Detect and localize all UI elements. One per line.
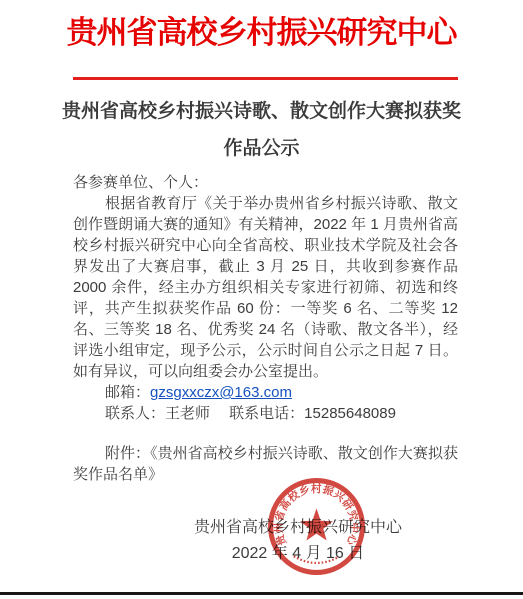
letterhead-divider	[73, 77, 458, 80]
email-link[interactable]: gzsgxxczx@163.com	[150, 384, 292, 401]
signature-org: 贵州省高校乡村振兴研究中心	[168, 515, 428, 541]
document-title-line1: 贵州省高校乡村振兴诗歌、散文创作大赛拟获奖	[0, 93, 523, 130]
email-line: 邮箱：gzsgxxczx@163.com	[73, 382, 458, 403]
document-title: 贵州省高校乡村振兴诗歌、散文创作大赛拟获奖 作品公示	[0, 93, 523, 167]
signature-date: 2022 年 4 月 16 日	[168, 541, 428, 567]
email-label: 邮箱：	[105, 384, 150, 401]
document-body: 各参赛单位、个人： 根据省教育厅《关于举办贵州省乡村振兴诗歌、散文创作暨朗诵大赛…	[73, 172, 458, 485]
document-title-line2: 作品公示	[0, 130, 523, 167]
salutation: 各参赛单位、个人：	[73, 172, 458, 193]
contact-person-line: 联系人：王老师 联系电话：15285648089	[73, 403, 458, 424]
body-paragraph: 根据省教育厅《关于举办贵州省乡村振兴诗歌、散文创作暨朗诵大赛的通知》有关精神，2…	[73, 193, 458, 382]
screenshot-bottom-border	[0, 592, 523, 595]
announcement-document: 贵州省高校乡村振兴研究中心 贵州省高校乡村振兴诗歌、散文创作大赛拟获奖 作品公示…	[0, 0, 523, 599]
attachment-line: 附件：《贵州省高校乡村振兴诗歌、散文创作大赛拟获奖作品名单》	[73, 443, 458, 485]
signature-block: 贵州省高校乡村振兴研究中心 2022 年 4 月 16 日	[168, 515, 428, 567]
letterhead-title: 贵州省高校乡村振兴研究中心	[0, 0, 523, 54]
